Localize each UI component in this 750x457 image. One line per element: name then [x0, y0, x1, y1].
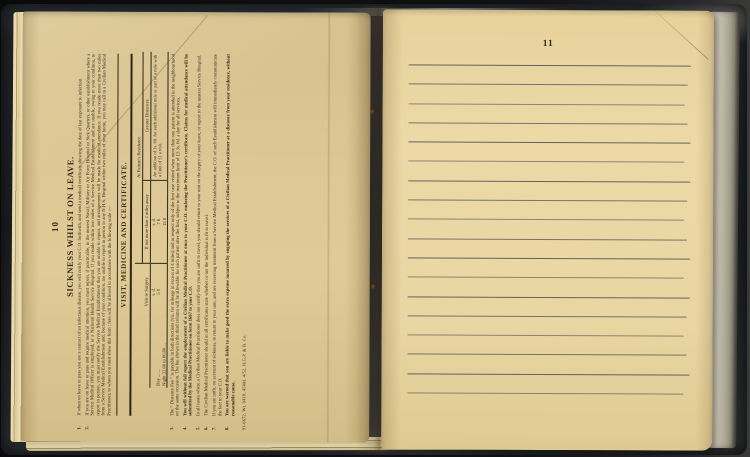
numbered-paragraph: 3.The " Distance Fee " is payable in bot…	[170, 54, 182, 416]
paragraph-text: If you are unfit, on account of sickness…	[213, 54, 224, 416]
fee-table: Visit to Surgery At Patient's Residence …	[134, 52, 168, 388]
paragraph-number: 4.	[183, 426, 188, 430]
ruled-line	[408, 296, 690, 298]
staple-rust-spot	[371, 283, 375, 290]
ruled-line	[408, 277, 684, 279]
numbered-paragraph: 1.If when on leave or pass you are a con…	[77, 54, 84, 416]
ruled-lines-area	[407, 64, 691, 413]
ruled-line	[409, 64, 691, 66]
rule-line	[116, 54, 119, 416]
paragraph-text: If when on leave or pass you are a conta…	[77, 78, 83, 416]
paragraph-text: If you are on leave or pass and require …	[85, 54, 112, 416]
rule-line	[130, 54, 133, 416]
ruled-line	[409, 84, 688, 86]
ruled-line	[407, 392, 683, 394]
paragraph-text: The " Distance Fee " is payable in both …	[170, 54, 182, 416]
printer-imprint: 91-6672. Wt. 9418. 450M. 4/52. H.G.P. & …	[242, 14, 248, 430]
paragraph-number: 7.	[212, 427, 217, 431]
numbered-paragraphs-bottom: 3.The " Distance Fee " is payable in bot…	[170, 14, 238, 440]
greater-distances-cell: An addition of 1s. 0d. for each addition…	[151, 52, 168, 181]
booklet-photo: 10 SICKNESS WHILST ON LEAVE. 1.If when o…	[0, 0, 750, 457]
page-number-right: 11	[383, 38, 714, 49]
ruled-line	[409, 103, 685, 105]
numbered-paragraph: 7.If you are unfit, on account of sickne…	[213, 54, 225, 416]
row-label-night: Night 22.00 to 06.00 ...	[161, 320, 167, 388]
numbered-paragraph: 4.You will without fail report the emplo…	[183, 54, 195, 416]
ruled-line	[408, 219, 684, 221]
ruled-line	[408, 335, 684, 337]
paragraph-number: 3.	[170, 426, 175, 430]
fee-night-within: 15 0	[161, 180, 167, 263]
col-header-surgery: Visit to Surgery	[134, 263, 150, 320]
ruled-line	[407, 354, 686, 356]
ruled-line	[408, 122, 687, 124]
right-page: 11	[381, 9, 714, 450]
fee-table-corner	[134, 320, 150, 388]
ruled-line	[408, 142, 690, 144]
paragraph-number: 8.	[226, 427, 231, 431]
numbered-paragraphs-top: 1.If when on leave or pass you are a con…	[77, 14, 113, 440]
staple-rust-spot	[370, 108, 374, 115]
ruled-line	[408, 180, 690, 182]
paragraph-number: 1.	[77, 426, 82, 430]
ruled-line	[408, 257, 690, 259]
corner-fold-crease	[641, 9, 708, 59]
left-page: 10 SICKNESS WHILST ON LEAVE. 1.If when o…	[21, 11, 370, 442]
paragraph-text: You will without fail report the employm…	[183, 54, 194, 416]
paragraph-number: 6.	[205, 427, 210, 431]
page-number-left: 10	[49, 13, 60, 439]
ruled-line	[408, 199, 687, 201]
left-page-rotated-content: 10 SICKNESS WHILST ON LEAVE. 1.If when o…	[23, 13, 368, 440]
paragraph-number: 5.	[197, 426, 202, 430]
paragraph-text: In all cases where a Civilian Medical Pr…	[197, 55, 203, 416]
numbered-paragraph: 2.If you are on leave or pass and requir…	[85, 54, 113, 416]
numbered-paragraph: 5.In all cases where a Civilian Medical …	[197, 54, 204, 416]
section-heading: VISIT, MEDICINE AND CERTIFICATE.	[120, 54, 129, 416]
fee-night-surgery	[161, 263, 167, 320]
paragraph-number: 2.	[85, 426, 90, 430]
ruled-line	[408, 238, 687, 240]
ruled-line	[407, 373, 689, 375]
ruled-line	[408, 161, 684, 163]
paragraph-text: The Civilian Medical Practitioner should…	[205, 214, 211, 416]
numbered-paragraph: 6.The Civilian Medical Practitioner shou…	[205, 54, 212, 416]
col-header-within-2-miles: If not more than 2 miles away	[142, 180, 150, 263]
ruled-line	[408, 315, 687, 317]
paragraph-text: You are warned that you are liable to ma…	[226, 54, 237, 416]
page-title: SICKNESS WHILST ON LEAVE.	[64, 14, 75, 440]
numbered-paragraph: 8.You are warned that you are liable to …	[226, 54, 238, 416]
visit-section: VISIT, MEDICINE AND CERTIFICATE.	[116, 54, 132, 416]
